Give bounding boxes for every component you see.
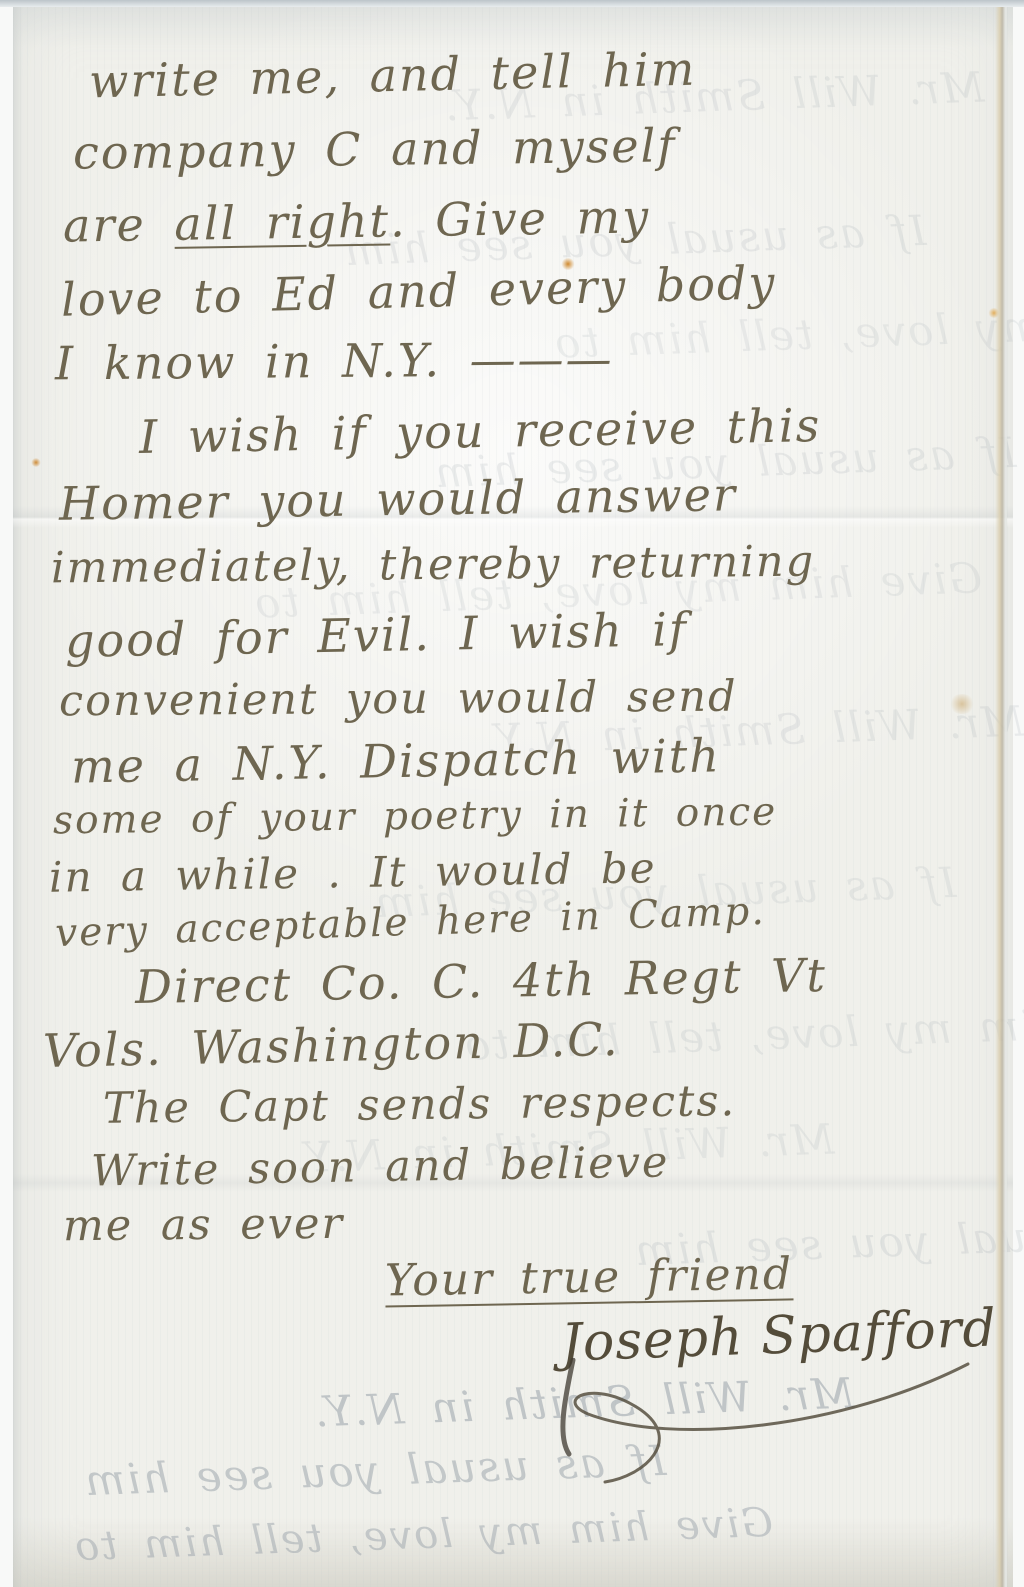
handwriting-line-direction-address: Direct Co. C. 4th Regt Vt: [135, 948, 828, 1014]
handwriting-line: some of your poetry in it once: [53, 790, 778, 844]
handwriting-line: Write soon and believe: [91, 1137, 670, 1196]
handwriting-line: me as ever: [63, 1199, 344, 1251]
handwriting-line: good for Evil. I wish if: [65, 602, 689, 668]
bleedthrough-line: Give him my love, tell him to: [72, 1500, 773, 1570]
handwriting-line: I know in N.Y. ———: [55, 332, 614, 391]
foxing-spot: [31, 458, 41, 467]
letter-closing: Your true friend: [385, 1248, 794, 1306]
handwriting-line: Homer you would answer: [59, 467, 738, 530]
handwriting-line-direction-address: Vols. Washington D.C.: [42, 1012, 619, 1078]
handwriting-line: company C and myself: [73, 118, 677, 179]
handwriting-segment: . Give my: [390, 189, 651, 247]
letter-paper: Mr. Will Smith in N.Y. If as usual you s…: [13, 6, 1013, 1587]
handwriting-segment: are: [63, 197, 175, 253]
handwriting-line: me a N.Y. Dispatch with: [71, 728, 722, 793]
handwriting-line: are all right. Give my: [63, 189, 651, 252]
handwriting-line: convenient you would send: [59, 672, 738, 727]
handwriting-line: immediately, thereby returning: [51, 537, 816, 594]
handwriting-line: in a while . It would be: [49, 843, 657, 902]
aged-paper-edge: [995, 6, 1007, 1587]
underlined-words: all right: [174, 193, 391, 250]
signature-flourish: [513, 1358, 993, 1488]
handwriting-line: The Capt sends respects.: [103, 1076, 737, 1134]
scan-background: Mr. Will Smith in N.Y. If as usual you s…: [0, 0, 1024, 1587]
